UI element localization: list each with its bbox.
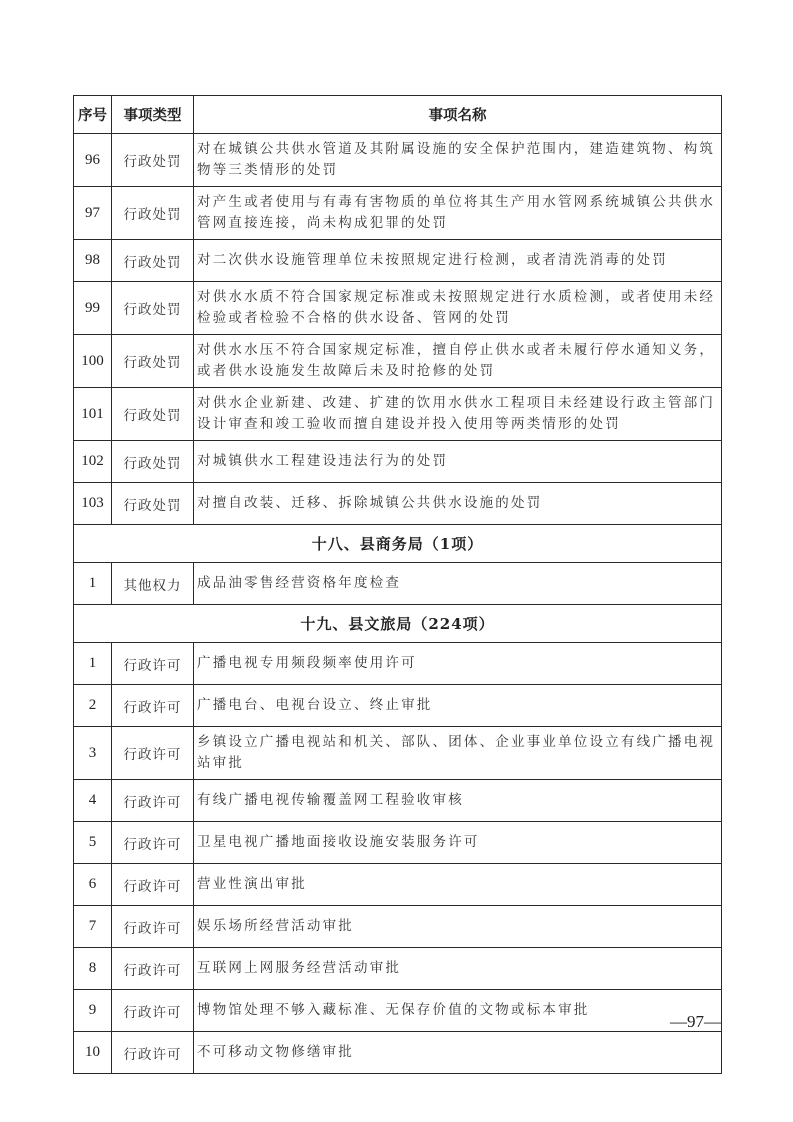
table-row: 1其他权力成品油零售经营资格年度检查 bbox=[74, 563, 722, 605]
serial-number-cell: 98 bbox=[74, 240, 112, 282]
table-row: 9行政许可博物馆处理不够入藏标准、无保存价值的文物或标本审批 bbox=[74, 990, 722, 1032]
table-row: 4行政许可有线广播电视传输覆盖网工程验收审核 bbox=[74, 780, 722, 822]
table-row: 99行政处罚对供水水质不符合国家规定标准或未按照规定进行水质检测，或者使用未经检… bbox=[74, 282, 722, 335]
table-row: 7行政许可娱乐场所经营活动审批 bbox=[74, 906, 722, 948]
table-header-row: 序号 事项类型 事项名称 bbox=[74, 96, 722, 134]
item-type-cell: 行政处罚 bbox=[112, 187, 194, 240]
item-type-cell: 行政处罚 bbox=[112, 134, 194, 187]
item-type-cell: 其他权力 bbox=[112, 563, 194, 605]
item-type-cell: 行政许可 bbox=[112, 727, 194, 780]
item-name-cell: 对供水水质不符合国家规定标准或未按照规定进行水质检测，或者使用未经检验或者检验不… bbox=[194, 282, 722, 335]
serial-number-cell: 99 bbox=[74, 282, 112, 335]
item-type-cell: 行政许可 bbox=[112, 864, 194, 906]
item-type-cell: 行政许可 bbox=[112, 906, 194, 948]
item-type-cell: 行政处罚 bbox=[112, 388, 194, 441]
serial-number-cell: 102 bbox=[74, 441, 112, 483]
header-serial-number: 序号 bbox=[74, 96, 112, 134]
item-name-cell: 不可移动文物修缮审批 bbox=[194, 1032, 722, 1074]
serial-number-cell: 101 bbox=[74, 388, 112, 441]
table-row: 103行政处罚对擅自改装、迁移、拆除城镇公共供水设施的处罚 bbox=[74, 483, 722, 525]
table-row: 3行政许可乡镇设立广播电视站和机关、部队、团体、企业事业单位设立有线广播电视站审… bbox=[74, 727, 722, 780]
item-name-cell: 有线广播电视传输覆盖网工程验收审核 bbox=[194, 780, 722, 822]
item-name-cell: 对在城镇公共供水管道及其附属设施的安全保护范围内，建造建筑物、构筑物等三类情形的… bbox=[194, 134, 722, 187]
item-name-cell: 对供水企业新建、改建、扩建的饮用水供水工程项目未经建设行政主管部门设计审查和竣工… bbox=[194, 388, 722, 441]
serial-number-cell: 103 bbox=[74, 483, 112, 525]
section-title: 十八、县商务局（1项） bbox=[74, 525, 722, 563]
item-name-cell: 卫星电视广播地面接收设施安装服务许可 bbox=[194, 822, 722, 864]
item-type-cell: 行政许可 bbox=[112, 948, 194, 990]
serial-number-cell: 9 bbox=[74, 990, 112, 1032]
table-row: 10行政许可不可移动文物修缮审批 bbox=[74, 1032, 722, 1074]
item-type-cell: 行政处罚 bbox=[112, 240, 194, 282]
serial-number-cell: 3 bbox=[74, 727, 112, 780]
item-name-cell: 对城镇供水工程建设违法行为的处罚 bbox=[194, 441, 722, 483]
item-type-cell: 行政处罚 bbox=[112, 282, 194, 335]
table-row: 6行政许可营业性演出审批 bbox=[74, 864, 722, 906]
item-name-cell: 广播电台、电视台设立、终止审批 bbox=[194, 685, 722, 727]
item-type-cell: 行政许可 bbox=[112, 1032, 194, 1074]
serial-number-cell: 1 bbox=[74, 563, 112, 605]
section-header-row: 十八、县商务局（1项） bbox=[74, 525, 722, 563]
serial-number-cell: 7 bbox=[74, 906, 112, 948]
item-name-cell: 对二次供水设施管理单位未按照规定进行检测，或者清洗消毒的处罚 bbox=[194, 240, 722, 282]
serial-number-cell: 96 bbox=[74, 134, 112, 187]
item-type-cell: 行政许可 bbox=[112, 643, 194, 685]
item-name-cell: 对擅自改装、迁移、拆除城镇公共供水设施的处罚 bbox=[194, 483, 722, 525]
serial-number-cell: 4 bbox=[74, 780, 112, 822]
item-name-cell: 营业性演出审批 bbox=[194, 864, 722, 906]
table-row: 97行政处罚对产生或者使用与有毒有害物质的单位将其生产用水管网系统城镇公共供水管… bbox=[74, 187, 722, 240]
serial-number-cell: 6 bbox=[74, 864, 112, 906]
serial-number-cell: 8 bbox=[74, 948, 112, 990]
table-body: 96行政处罚对在城镇公共供水管道及其附属设施的安全保护范围内，建造建筑物、构筑物… bbox=[74, 134, 722, 1074]
item-type-cell: 行政处罚 bbox=[112, 335, 194, 388]
serial-number-cell: 10 bbox=[74, 1032, 112, 1074]
item-type-cell: 行政许可 bbox=[112, 685, 194, 727]
serial-number-cell: 97 bbox=[74, 187, 112, 240]
serial-number-cell: 2 bbox=[74, 685, 112, 727]
item-name-cell: 乡镇设立广播电视站和机关、部队、团体、企业事业单位设立有线广播电视站审批 bbox=[194, 727, 722, 780]
power-list-table: 序号 事项类型 事项名称 96行政处罚对在城镇公共供水管道及其附属设施的安全保护… bbox=[73, 95, 722, 1074]
header-item-name: 事项名称 bbox=[194, 96, 722, 134]
item-type-cell: 行政许可 bbox=[112, 780, 194, 822]
item-type-cell: 行政处罚 bbox=[112, 483, 194, 525]
table-row: 98行政处罚对二次供水设施管理单位未按照规定进行检测，或者清洗消毒的处罚 bbox=[74, 240, 722, 282]
table-row: 96行政处罚对在城镇公共供水管道及其附属设施的安全保护范围内，建造建筑物、构筑物… bbox=[74, 134, 722, 187]
item-name-cell: 成品油零售经营资格年度检查 bbox=[194, 563, 722, 605]
page-number: —97— bbox=[670, 1012, 721, 1032]
serial-number-cell: 5 bbox=[74, 822, 112, 864]
item-name-cell: 对供水水压不符合国家规定标准，擅自停止供水或者未履行停水通知义务，或者供水设施发… bbox=[194, 335, 722, 388]
table-row: 2行政许可广播电台、电视台设立、终止审批 bbox=[74, 685, 722, 727]
table-row: 1行政许可广播电视专用频段频率使用许可 bbox=[74, 643, 722, 685]
table-row: 5行政许可卫星电视广播地面接收设施安装服务许可 bbox=[74, 822, 722, 864]
serial-number-cell: 100 bbox=[74, 335, 112, 388]
item-type-cell: 行政处罚 bbox=[112, 441, 194, 483]
table-row: 8行政许可互联网上网服务经营活动审批 bbox=[74, 948, 722, 990]
item-name-cell: 互联网上网服务经营活动审批 bbox=[194, 948, 722, 990]
item-name-cell: 广播电视专用频段频率使用许可 bbox=[194, 643, 722, 685]
table-row: 100行政处罚对供水水压不符合国家规定标准，擅自停止供水或者未履行停水通知义务，… bbox=[74, 335, 722, 388]
item-name-cell: 娱乐场所经营活动审批 bbox=[194, 906, 722, 948]
item-name-cell: 博物馆处理不够入藏标准、无保存价值的文物或标本审批 bbox=[194, 990, 722, 1032]
section-header-row: 十九、县文旅局（224项） bbox=[74, 605, 722, 643]
section-title: 十九、县文旅局（224项） bbox=[74, 605, 722, 643]
table-row: 102行政处罚对城镇供水工程建设违法行为的处罚 bbox=[74, 441, 722, 483]
header-item-type: 事项类型 bbox=[112, 96, 194, 134]
table-row: 101行政处罚对供水企业新建、改建、扩建的饮用水供水工程项目未经建设行政主管部门… bbox=[74, 388, 722, 441]
item-type-cell: 行政许可 bbox=[112, 990, 194, 1032]
item-name-cell: 对产生或者使用与有毒有害物质的单位将其生产用水管网系统城镇公共供水管网直接连接，… bbox=[194, 187, 722, 240]
serial-number-cell: 1 bbox=[74, 643, 112, 685]
item-type-cell: 行政许可 bbox=[112, 822, 194, 864]
